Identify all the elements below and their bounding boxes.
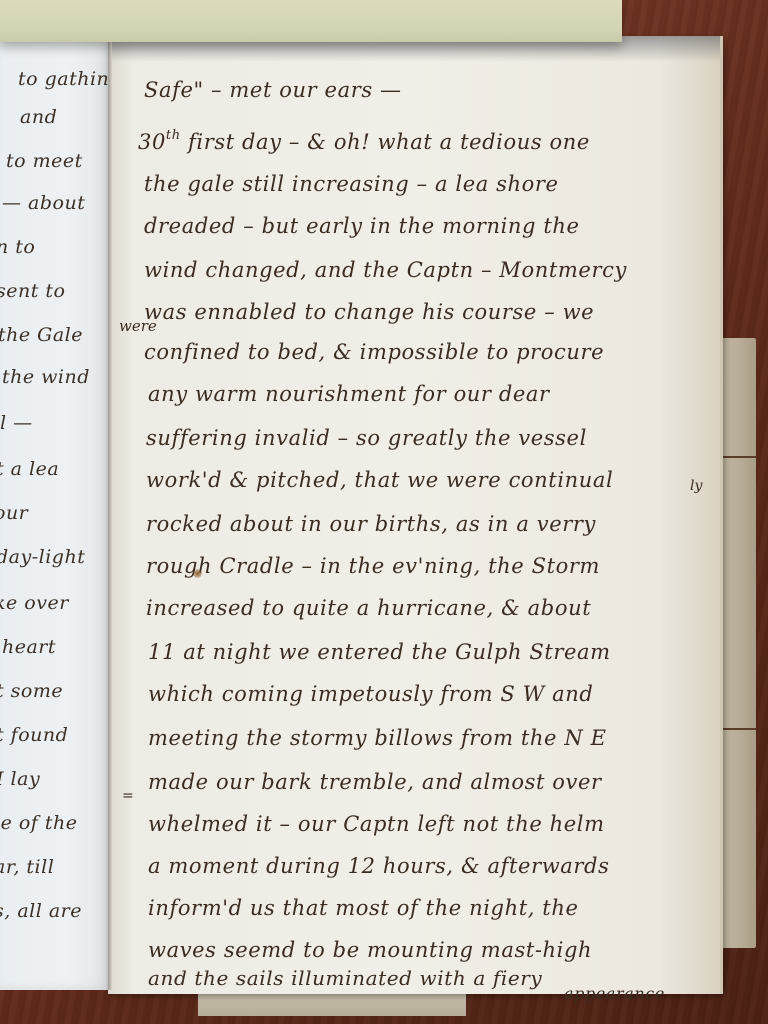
left-fragment: le of the <box>0 812 78 834</box>
left-fragment: t a lea <box>0 458 59 480</box>
book-gutter <box>108 40 112 990</box>
manuscript-line: suffering invalid – so greatly the vesse… <box>146 426 587 450</box>
left-fragment: heart <box>2 636 56 658</box>
left-fragment: our <box>0 502 28 524</box>
left-fragment: t some <box>0 680 63 702</box>
left-fragment: — about <box>2 192 85 214</box>
left-fragment: s, all are <box>0 900 82 922</box>
manuscript-line: rough Cradle – in the ev'ning, the Storm <box>146 554 600 578</box>
manuscript-line: which coming impetously from S W and <box>148 682 593 706</box>
manuscript-line: dreaded – but early in the morning the <box>144 214 580 238</box>
left-fragment: n to <box>0 236 35 258</box>
manuscript-line: first day – & oh! what a tedious one <box>188 130 590 154</box>
margin-mark: = <box>122 788 134 804</box>
left-fragment: I lay <box>0 768 40 790</box>
date-number: 30 <box>138 130 166 154</box>
manuscript-line: confined to bed, & impossible to procure <box>144 340 604 364</box>
manuscript-line: increased to quite a hurricane, & about <box>146 596 591 620</box>
manuscript-line: Safe" – met our ears — <box>144 78 402 102</box>
manuscript-line: rocked about in our births, as in a verr… <box>146 512 596 536</box>
left-fragment: the Gale <box>0 324 83 346</box>
manuscript-line: meeting the stormy billows from the N E <box>148 726 607 750</box>
left-fragment: t found <box>0 724 68 746</box>
manuscript-line: and the sails illuminated with a fiery <box>148 966 542 990</box>
manuscript-line: made our bark tremble, and almost over <box>148 770 602 794</box>
left-fragment: ar, till <box>0 856 54 878</box>
catchword: appearance <box>564 984 665 1003</box>
manuscript-line: was ennabled to change his course – we <box>144 300 594 324</box>
manuscript-line: any warm nourishment for our dear <box>148 382 550 406</box>
left-fragment: day-light <box>0 546 85 568</box>
line-continuation-insert: ly <box>690 478 702 494</box>
left-fragment: the wind <box>2 366 90 388</box>
manuscript-line: inform'd us that most of the night, the <box>148 896 578 920</box>
left-fragment: ke over <box>0 592 69 614</box>
manuscript-line: a moment during 12 hours, & afterwards <box>148 854 609 878</box>
date-suffix: th <box>166 128 181 143</box>
manuscript-line: work'd & pitched, that we were continual <box>146 468 613 492</box>
manuscript-line: the gale still increasing – a lea shore <box>144 172 559 196</box>
right-page: Safe" – met our ears — 30th first day – … <box>108 36 723 994</box>
top-folder-sheet <box>0 0 622 42</box>
manuscript-line: 11 at night we entered the Gulph Stream <box>148 640 611 664</box>
left-fragment: and <box>20 106 57 128</box>
left-fragment: l — <box>0 412 33 434</box>
margin-insertion-note: were <box>119 317 157 335</box>
manuscript-line: waves seemd to be mounting mast-high <box>148 938 592 962</box>
left-fragment: to gathing <box>18 68 112 90</box>
left-fragment: to meet <box>6 150 83 172</box>
left-page: to gathing and to meet — about n to sent… <box>0 40 112 990</box>
left-fragment: sent to <box>0 280 65 302</box>
manuscript-line-date: 30th first day – & oh! what a tedious on… <box>138 128 590 154</box>
manuscript-line: wind changed, and the Captn – Montmercy <box>144 258 627 282</box>
ink-stain <box>193 569 202 578</box>
manuscript-line: whelmed it – our Captn left not the helm <box>148 812 605 836</box>
